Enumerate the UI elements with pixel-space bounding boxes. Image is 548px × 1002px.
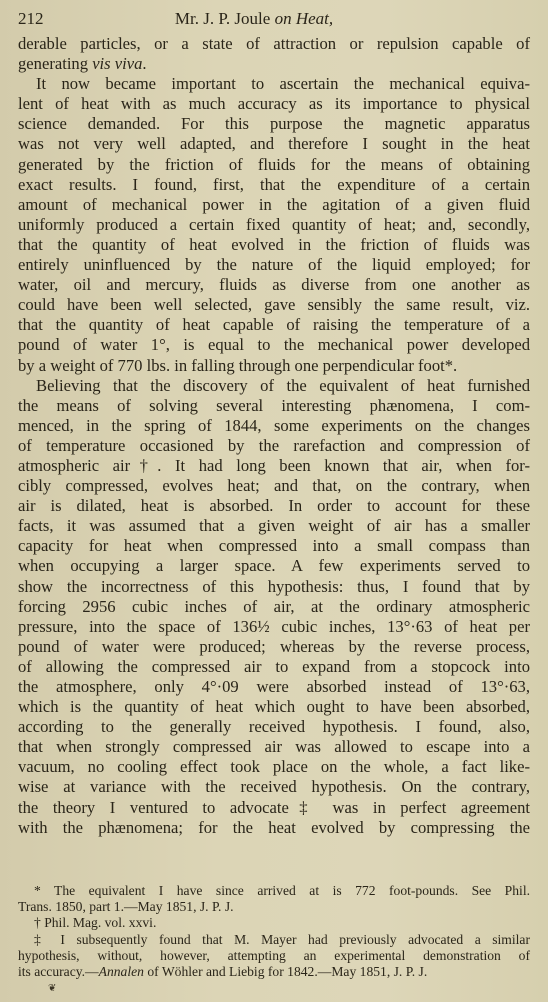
page-header: 212 Mr. J. P. Joule on Heat, xyxy=(18,9,530,31)
footnote-line: its accuracy.—Annalen of Wöhler and Lieb… xyxy=(18,964,530,980)
text-line: with the phænomena; for the heat evolved… xyxy=(18,818,530,838)
footnote-line: hypothesis, without, however, attempting… xyxy=(18,948,530,964)
text-line: was not very well adapted, and therefore… xyxy=(18,134,530,154)
text-line: by a weight of 770 lbs. in falling throu… xyxy=(18,356,530,376)
text-line: the means of solving several interesting… xyxy=(18,396,530,416)
text-line: vacuum, no cooling effect took place on … xyxy=(18,757,530,777)
text-line: capacity for heat when compressed into a… xyxy=(18,536,530,556)
footnote-dagger: † Phil. Mag. vol. xxvi. xyxy=(18,915,530,931)
text-line: atmospheric air†. It had long been known… xyxy=(18,456,530,476)
text-line: that the quantity of heat capable of rai… xyxy=(18,315,530,335)
text-line: the atmosphere, only 4°·09 were absorbed… xyxy=(18,677,530,697)
text-line: exact results. I found, first, that the … xyxy=(18,175,530,195)
footnote-double-dagger: ‡ I subsequently found that M. Mayer had… xyxy=(18,932,530,948)
footnotes: * The equivalent I have since arrived at… xyxy=(18,883,530,980)
text-line: water, oil and mercury, fluids as divers… xyxy=(18,275,530,295)
footnote-asterisk: * The equivalent I have since arrived at… xyxy=(18,883,530,899)
text-line: could have been well selected, gave sens… xyxy=(18,295,530,315)
text-line: derable particles, or a state of attract… xyxy=(18,34,530,54)
text-line: generated by the friction of fluids for … xyxy=(18,155,530,175)
footnote-line: Trans. 1850, part 1.—May 1851, J. P. J. xyxy=(18,899,530,915)
text-line: that when strongly compressed air was al… xyxy=(18,737,530,757)
text-line: that the quantity of heat evolved in the… xyxy=(18,235,530,255)
running-title: Mr. J. P. Joule on Heat, xyxy=(18,9,530,29)
text-line: entirely uninfluenced by the nature of t… xyxy=(18,255,530,275)
text-line: forcing 2956 cubic inches of air, at the… xyxy=(18,597,530,617)
text-line: when occupying a larger space. A few exp… xyxy=(18,556,530,576)
body-text: derable particles, or a state of attract… xyxy=(18,34,530,838)
text-line: which is the quantity of heat which ough… xyxy=(18,697,530,717)
text-line: lent of heat with as much accuracy as it… xyxy=(18,94,530,114)
text-line: menced, in the spring of 1844, some expe… xyxy=(18,416,530,436)
text-line: pound of water were produced; whereas by… xyxy=(18,637,530,657)
text-line: amount of mechanical power in the agitat… xyxy=(18,195,530,215)
text-line: generating vis viva. xyxy=(18,54,530,74)
text-line: science demanded. For this purpose the m… xyxy=(18,114,530,134)
ornament-icon: ❦ xyxy=(48,983,56,994)
text-line: of allowing the compressed air to expand… xyxy=(18,657,530,677)
text-line: according to the generally received hypo… xyxy=(18,717,530,737)
text-line: of temperature occasioned by the rarefac… xyxy=(18,436,530,456)
paragraph-start: It now became important to ascertain the… xyxy=(18,74,530,94)
book-page: 212 Mr. J. P. Joule on Heat, derable par… xyxy=(0,0,548,1002)
text-line: pound of water 1°, is equal to the mecha… xyxy=(18,335,530,355)
text-line: show the incorrectness of this hypothesi… xyxy=(18,577,530,597)
text-line: uniformly produced a certain fixed quant… xyxy=(18,215,530,235)
text-line: the theory I ventured to advocate‡ was i… xyxy=(18,798,530,818)
text-line: wise at variance with the received hypot… xyxy=(18,777,530,797)
text-line: facts, it was assumed that a given weigh… xyxy=(18,516,530,536)
text-line: air is dilated, heat is absorbed. In ord… xyxy=(18,496,530,516)
text-line: cibly compressed, evolves heat; and that… xyxy=(18,476,530,496)
text-line: pressure, into the space of 136½ cubic i… xyxy=(18,617,530,637)
paragraph-start: Believing that the discovery of the equi… xyxy=(18,376,530,396)
